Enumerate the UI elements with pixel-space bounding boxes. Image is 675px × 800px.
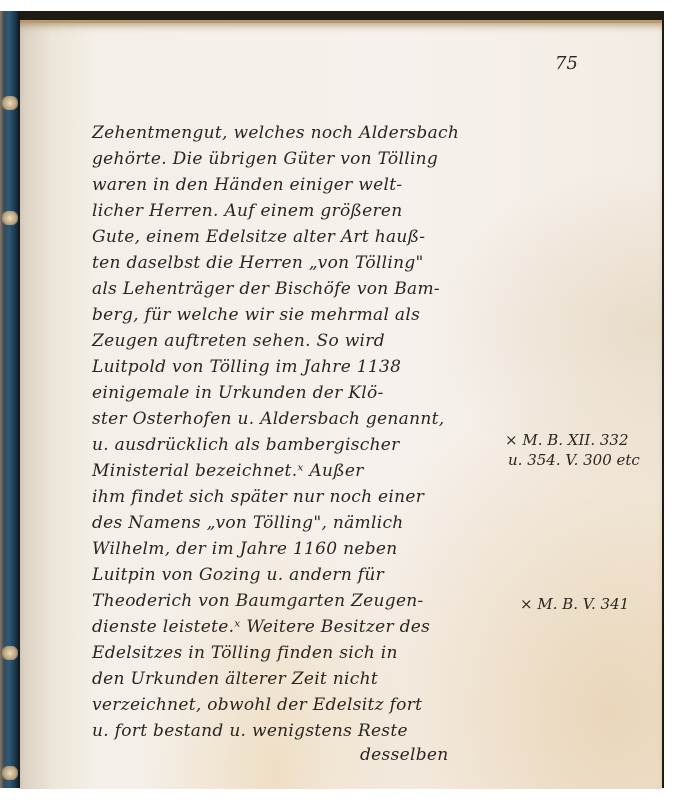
text-line: Gute, einem Edelsitze alter Art hauß- — [92, 227, 425, 247]
text-line: Wilhelm, der im Jahre 1160 neben — [92, 539, 398, 559]
text-line: ten daselbst die Herren „von Tölling" — [92, 253, 424, 273]
text-line: Luitpin von Gozing u. andern für — [92, 565, 384, 585]
text-line: u. fort bestand u. wenigstens Reste — [92, 721, 408, 741]
text-line: ihm findet sich später nur noch einer — [92, 487, 424, 507]
text-line: dienste leistete.ˣ Weitere Besitzer des — [92, 617, 430, 637]
text-line: Theoderich von Baumgarten Zeugen- — [92, 591, 424, 611]
margin-citation: u. 354. V. 300 etc — [508, 451, 640, 469]
page-number: 75 — [555, 53, 578, 74]
text-line: einigemale in Urkunden der Klö- — [92, 383, 384, 403]
book-spine-binding — [0, 11, 20, 788]
text-line: des Namens „von Tölling", nämlich — [92, 513, 404, 533]
text-line: als Lehenträger der Bischöfe von Bam- — [92, 279, 440, 299]
text-line: gehörte. Die übrigen Güter von Tölling — [92, 149, 438, 169]
text-line: desselben — [360, 745, 448, 765]
binding-stitch — [2, 96, 18, 110]
margin-citation: × M. B. XII. 332 — [505, 431, 629, 449]
text-line: u. ausdrücklich als bambergischer — [92, 435, 400, 455]
margin-citation: × M. B. V. 341 — [520, 595, 629, 613]
text-line: berg, für welche wir sie mehrmal als — [92, 305, 420, 325]
text-line: Luitpold von Tölling im Jahre 1138 — [92, 357, 401, 377]
binding-stitch — [2, 646, 18, 660]
binding-stitch — [2, 766, 18, 780]
text-line: licher Herren. Auf einem größeren — [92, 201, 403, 221]
text-line: ster Osterhofen u. Aldersbach genannt, — [92, 409, 444, 429]
text-line: Zeugen auftreten sehen. So wird — [92, 331, 385, 351]
text-line: Edelsitzes in Tölling finden sich in — [92, 643, 398, 663]
text-line: verzeichnet, obwohl der Edelsitz fort — [92, 695, 422, 715]
manuscript-page: 75 Zehentmengut, welches noch Aldersbach… — [20, 20, 662, 789]
text-line: den Urkunden älterer Zeit nicht — [92, 669, 378, 689]
text-line: Zehentmengut, welches noch Aldersbach — [92, 123, 459, 143]
text-line: waren in den Händen einiger welt- — [92, 175, 402, 195]
binding-stitch — [2, 211, 18, 225]
text-line: Ministerial bezeichnet.ˣ Außer — [92, 461, 364, 481]
